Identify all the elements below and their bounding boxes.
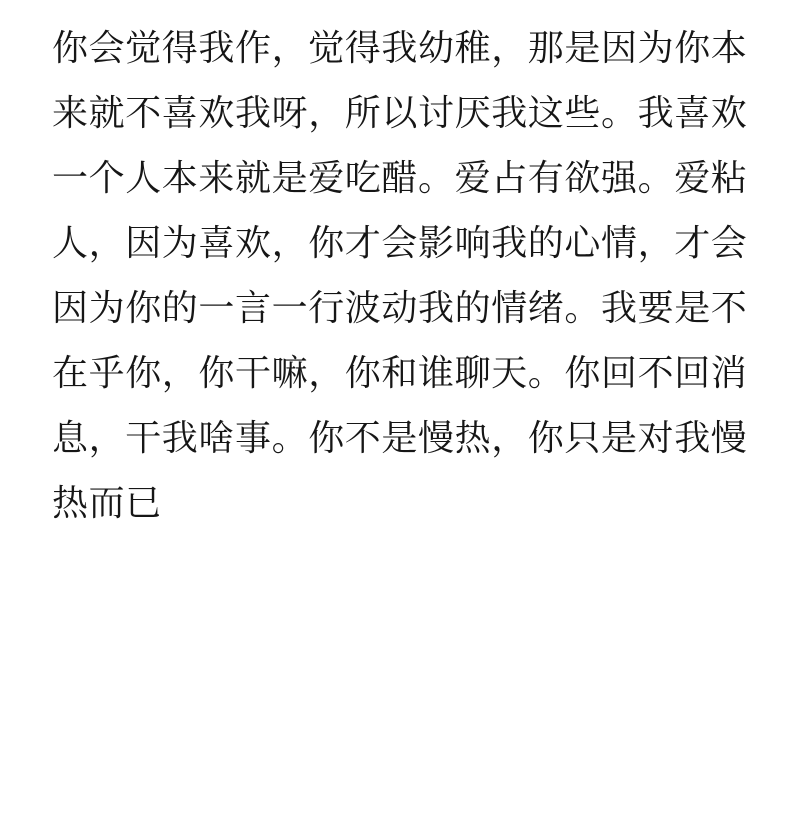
text-line: 息，干我啥事。你不是慢热，你只是对我慢 <box>52 405 760 470</box>
text-line: 人，因为喜欢，你才会影响我的心情，才会 <box>52 210 760 275</box>
paragraph-block: 你会觉得我作，觉得我幼稚，那是因为你本 来就不喜欢我呀，所以讨厌我这些。我喜欢 … <box>0 0 800 535</box>
text-line: 热而已 <box>52 470 760 535</box>
text-line: 在乎你，你干嘛，你和谁聊天。你回不回消 <box>52 340 760 405</box>
text-line: 你会觉得我作，觉得我幼稚，那是因为你本 <box>52 15 760 80</box>
text-line: 因为你的一言一行波动我的情绪。我要是不 <box>52 275 760 340</box>
text-line: 一个人本来就是爱吃醋。爱占有欲强。爱粘 <box>52 145 760 210</box>
text-line: 来就不喜欢我呀，所以讨厌我这些。我喜欢 <box>52 80 760 145</box>
text-image-canvas: 你会觉得我作，觉得我幼稚，那是因为你本 来就不喜欢我呀，所以讨厌我这些。我喜欢 … <box>0 0 800 839</box>
